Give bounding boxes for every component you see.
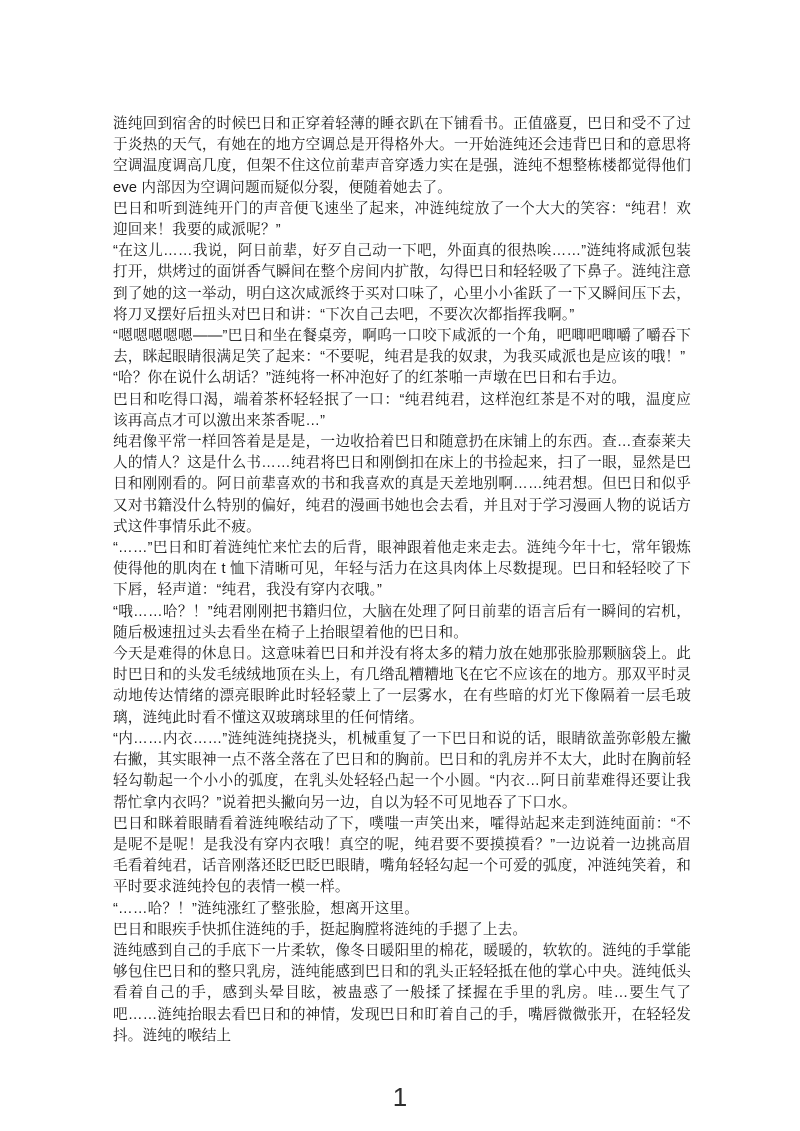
paragraph: 今天是难得的休息日。这意味着巴日和并没有将太多的精力放在她那张脸那颗脑袋上。此时… (113, 644, 691, 729)
page-number: 1 (0, 1082, 800, 1113)
paragraph: 涟纯感到自己的手底下一片柔软，像冬日暖阳里的棉花，暖暖的，软软的。涟纯的手掌能够… (113, 941, 691, 1047)
paragraph: 巴日和听到涟纯开门的声音便飞速坐了起来，冲涟纯绽放了一个大大的笑容：“纯君！欢迎… (113, 199, 691, 241)
document-page: 涟纯回到宿舍的时候巴日和正穿着轻薄的睡衣趴在下铺看书。正值盛夏，巴日和受不了过于… (0, 0, 800, 1131)
paragraph: “哦……哈？！”纯君刚刚把书籍归位，大脑在处理了阿日前辈的语言后有一瞬间的宕机，… (113, 602, 691, 644)
paragraph: 巴日和眼疾手快抓住涟纯的手，挺起胸膛将涟纯的手摁了上去。 (113, 920, 691, 941)
paragraph: “内……内衣……”涟纯涟纯挠挠头，机械重复了一下巴日和说的话，眼睛欲盖弥彰般左撇… (113, 729, 691, 814)
paragraph: “在这儿……我说，阿日前辈，好歹自己动一下吧，外面真的很热唉……”涟纯将咸派包装… (113, 241, 691, 326)
paragraph: 涟纯回到宿舍的时候巴日和正穿着轻薄的睡衣趴在下铺看书。正值盛夏，巴日和受不了过于… (113, 114, 691, 199)
paragraph: 纯君像平常一样回答着是是是，一边收拾着巴日和随意扔在床铺上的东西。查…查泰莱夫人… (113, 432, 691, 538)
paragraph: “嗯嗯嗯嗯嗯——”巴日和坐在餐桌旁，啊呜一口咬下咸派的一个角，吧唧吧唧嚼了嚼吞下… (113, 326, 691, 368)
paragraph: 巴日和眯着眼睛看着涟纯喉结动了下，噗嗤一声笑出来，嚯得站起来走到涟纯面前：“不是… (113, 814, 691, 899)
paragraph: “哈？你在说什么胡话？”涟纯将一杯冲泡好了的红茶啪一声墩在巴日和右手边。 (113, 368, 691, 389)
paragraph: 巴日和吃得口渴，端着茶杯轻轻抿了一口：“纯君纯君，这样泡红茶是不对的哦，温度应该… (113, 390, 691, 432)
document-text: 涟纯回到宿舍的时候巴日和正穿着轻薄的睡衣趴在下铺看书。正值盛夏，巴日和受不了过于… (113, 114, 691, 1047)
paragraph: “……”巴日和盯着涟纯忙来忙去的后背，眼神跟着他走来走去。涟纯今年十七，常年锻炼… (113, 538, 691, 602)
paragraph: “……哈？！”涟纯涨红了整张脸，想离开这里。 (113, 899, 691, 920)
